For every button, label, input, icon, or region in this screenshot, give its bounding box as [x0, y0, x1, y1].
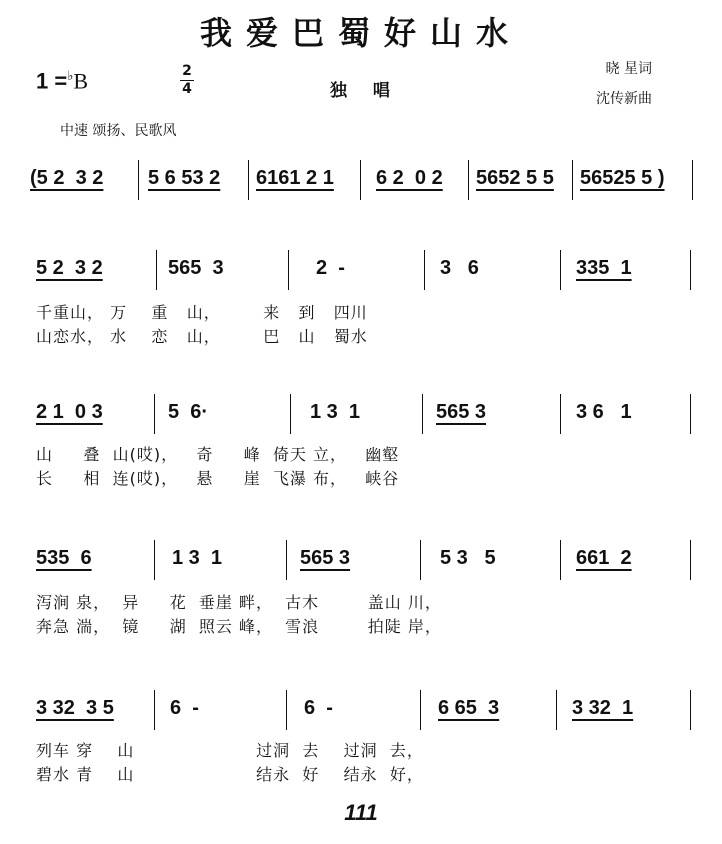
barline: [156, 250, 157, 290]
measure: 6 -: [304, 688, 333, 728]
barline: [154, 540, 155, 580]
time-signature: 2 4: [180, 64, 194, 97]
key-note: B: [73, 68, 88, 93]
barline: [690, 690, 691, 730]
staff-system-5: 3 32 3 5 6 - 6 - 6 65 3 3 32 1: [20, 688, 700, 728]
barline: [690, 394, 691, 434]
measure: 565 3: [168, 248, 224, 288]
barline: [690, 250, 691, 290]
lyric-verse-2: 奔急 湍， 镜 湖 照云 峰， 雪浪 拍陡 岸，: [36, 614, 442, 637]
measure: 5 6·: [168, 392, 208, 432]
measure: 2 1 0 3: [36, 392, 103, 432]
barline: [556, 690, 557, 730]
measure: 5 3 5: [440, 538, 496, 578]
barline: [420, 540, 421, 580]
barline: [560, 540, 561, 580]
lyric-verse-1: 泻涧 泉， 异 花 垂崖 畔， 古木 盖山 川，: [36, 590, 442, 613]
barline: [288, 250, 289, 290]
barline: [572, 160, 573, 200]
measure: 3 6: [440, 248, 479, 288]
measure: 56525 5 ): [580, 158, 665, 198]
measure: 6 65 3: [438, 688, 499, 728]
measure: 6 2 0 2: [376, 158, 443, 198]
measure: 6161 2 1: [256, 158, 334, 198]
barline: [422, 394, 423, 434]
lyric-verse-2: 山恋水， 水 恋 山， 巴 山 蜀水: [36, 324, 368, 347]
key-one: 1 =: [36, 68, 67, 93]
composer-credit: 沈传新曲: [596, 88, 652, 108]
page-number: 111: [0, 800, 722, 826]
measure: 565 3: [436, 392, 486, 432]
measure: 6 -: [170, 688, 199, 728]
staff-system-3: 2 1 0 3 5 6· 1 3 1 565 3 3 6 1: [20, 392, 700, 432]
barline: [360, 160, 361, 200]
barline: [154, 690, 155, 730]
measure: 2 -: [316, 248, 345, 288]
barline: [286, 540, 287, 580]
barline: [692, 160, 693, 200]
barline: [248, 160, 249, 200]
measure: 535 6: [36, 538, 92, 578]
barline: [138, 160, 139, 200]
measure: 1 3 1: [310, 392, 360, 432]
measure: 3 6 1: [576, 392, 632, 432]
measure: 3 32 3 5: [36, 688, 114, 728]
measure: (5 2 3 2: [30, 158, 103, 198]
barline: [690, 540, 691, 580]
performance-marking: 独 唱: [330, 76, 400, 101]
staff-system-2: 5 2 3 2 565 3 2 - 3 6 335 1: [20, 248, 700, 288]
lyricist-credit: 晓 星词: [606, 58, 652, 78]
measure: 1 3 1: [172, 538, 222, 578]
measure: 335 1: [576, 248, 632, 288]
lyric-verse-1: 列车 穿 山 过洞 去 过洞 去，: [36, 738, 424, 761]
lyric-verse-1: 千重山， 万 重 山， 来 到 四川: [36, 300, 368, 323]
measure: 3 32 1: [572, 688, 633, 728]
measure: 5 2 3 2: [36, 248, 103, 288]
barline: [290, 394, 291, 434]
tempo-marking: 中速 颂扬、民歌风: [60, 120, 176, 140]
staff-system-4: 535 6 1 3 1 565 3 5 3 5 661 2: [20, 538, 700, 578]
lyric-verse-2: 长 相 连(哎)， 悬 崖 飞瀑 布， 峡谷: [36, 466, 399, 489]
barline: [424, 250, 425, 290]
barline: [560, 250, 561, 290]
barline: [154, 394, 155, 434]
song-title: 我爱巴蜀好山水: [0, 8, 722, 54]
key-signature: 1 =♭B: [36, 68, 88, 94]
barline: [468, 160, 469, 200]
measure: 661 2: [576, 538, 632, 578]
measure: 5 6 53 2: [148, 158, 220, 198]
meter-bottom: 4: [180, 82, 194, 97]
staff-system-1: (5 2 3 2 5 6 53 2 6161 2 1 6 2 0 2 5652 …: [20, 158, 700, 198]
barline: [560, 394, 561, 434]
measure: 565 3: [300, 538, 350, 578]
meter-top: 2: [180, 64, 194, 79]
barline: [286, 690, 287, 730]
lyric-verse-1: 山 叠 山(哎)， 奇 峰 倚天 立， 幽壑: [36, 442, 399, 465]
lyric-verse-2: 碧水 青 山 结永 好 结永 好，: [36, 762, 424, 785]
measure: 5652 5 5: [476, 158, 554, 198]
barline: [420, 690, 421, 730]
